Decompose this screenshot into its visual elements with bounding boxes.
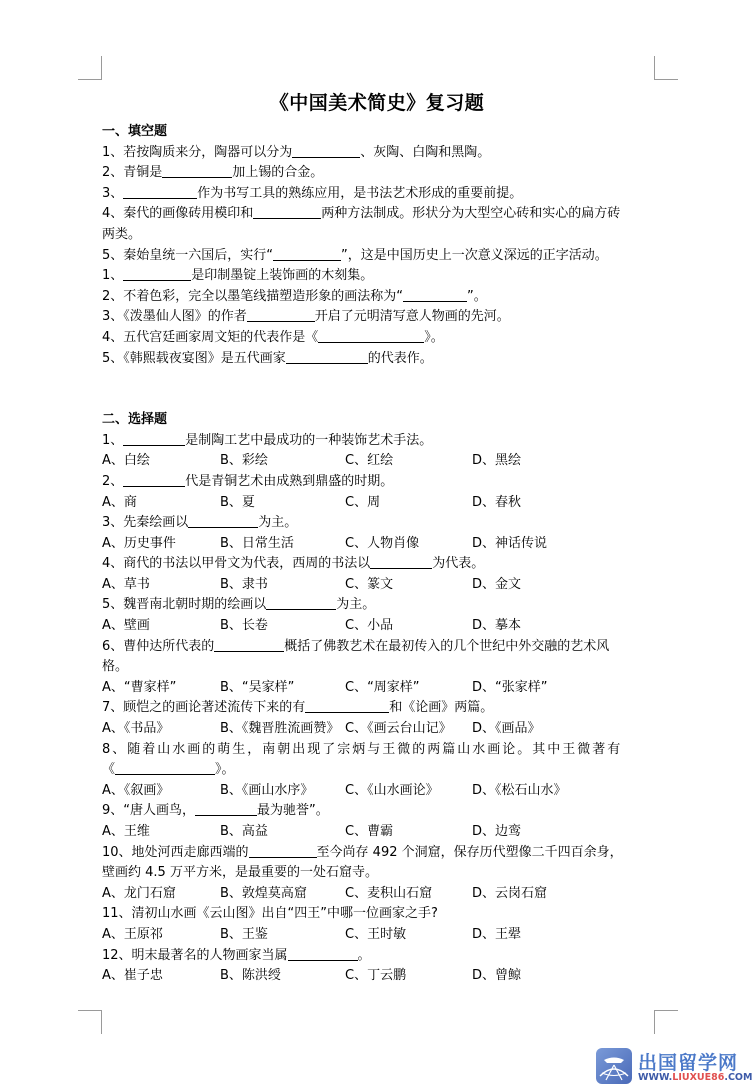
corner-mark-bl-v bbox=[101, 1010, 102, 1034]
option-a: A、《书品》 bbox=[102, 719, 169, 740]
choice-options-10: A、龙门石窟 B、敦煌莫高窟 C、麦积山石窟 D、云岗石窟 bbox=[102, 884, 658, 905]
answer-blank bbox=[253, 204, 321, 219]
choice-options-12: A、崔子忠 B、陈洪绶 C、丁云鹏 D、曾鲸 bbox=[102, 966, 658, 987]
option-b: B、《魏晋胜流画赞》 bbox=[220, 719, 339, 740]
fill-question-6: 1、是印制墨锭上装饰画的木刻集。 bbox=[102, 266, 658, 287]
option-b: B、王鉴 bbox=[220, 925, 268, 946]
option-d: D、曾鲸 bbox=[472, 966, 521, 987]
option-d: D、云岗石窟 bbox=[472, 884, 547, 905]
choice-question-11: 11、清初山水画《云山图》出自“四王”中哪一位画家之手? bbox=[102, 904, 658, 925]
option-b: B、日常生活 bbox=[220, 534, 294, 555]
option-d: D、“张家样” bbox=[472, 678, 547, 699]
choice-question-2: 2、代是青铜艺术由成熟到鼎盛的时期。 bbox=[102, 472, 658, 493]
option-d: D、边鸾 bbox=[472, 822, 521, 843]
option-c: C、《山水画论》 bbox=[345, 781, 439, 802]
option-b: B、高益 bbox=[220, 822, 268, 843]
watermark-name: 出国留学网 bbox=[638, 1048, 738, 1075]
option-a: A、王原祁 bbox=[102, 925, 163, 946]
option-a: A、王维 bbox=[102, 822, 150, 843]
answer-blank bbox=[249, 843, 317, 858]
corner-mark-tr-v bbox=[654, 56, 655, 80]
option-a: A、历史事件 bbox=[102, 534, 176, 555]
option-b: B、隶书 bbox=[220, 575, 268, 596]
answer-blank bbox=[188, 513, 258, 528]
document-body: 一、填空题 1、若按陶质来分，陶器可以分为、灰陶、白陶和黑陶。 2、青铜是加上锡… bbox=[102, 122, 658, 987]
option-a: A、龙门石窟 bbox=[102, 884, 176, 905]
choice-question-10: 10、地处河西走廊西端的至今尚存 492 个洞窟，保存历代塑像二千四百余身， bbox=[102, 843, 658, 864]
answer-blank bbox=[123, 431, 185, 446]
option-d: D、金文 bbox=[472, 575, 521, 596]
choice-question-12: 12、明末最著名的人物画家当属。 bbox=[102, 946, 658, 967]
option-d: D、《画品》 bbox=[472, 719, 541, 740]
watermark-logo: 出国留学网 WWW.LIUXUE86.COM bbox=[594, 1046, 754, 1088]
fill-question-9: 4、五代宫廷画家周文矩的代表作是《》。 bbox=[102, 328, 658, 349]
choice-options-2: A、商 B、夏 C、周 D、春秋 bbox=[102, 493, 658, 514]
option-a: A、《叙画》 bbox=[102, 781, 169, 802]
answer-blank bbox=[318, 328, 424, 343]
answer-blank bbox=[115, 760, 215, 775]
option-d: D、王翚 bbox=[472, 925, 521, 946]
choice-options-9: A、王维 B、高益 C、曹霸 D、边鸾 bbox=[102, 822, 658, 843]
option-c: C、丁云鹏 bbox=[345, 966, 406, 987]
option-b: B、敦煌莫高窟 bbox=[220, 884, 307, 905]
choice-question-9: 9、“唐人画鸟，最为驰誉”。 bbox=[102, 801, 658, 822]
option-b: B、长卷 bbox=[220, 616, 268, 637]
fill-question-7: 2、不着色彩，完全以墨笔线描塑造形象的画法称为“”。 bbox=[102, 287, 658, 308]
fill-question-10: 5、《韩熙载夜宴图》是五代画家的代表作。 bbox=[102, 349, 658, 370]
answer-blank bbox=[266, 595, 336, 610]
option-c: C、麦积山石窟 bbox=[345, 884, 432, 905]
answer-blank bbox=[195, 801, 257, 816]
option-d: D、神话传说 bbox=[472, 534, 547, 555]
option-a: A、崔子忠 bbox=[102, 966, 163, 987]
option-b: B、《画山水序》 bbox=[220, 781, 313, 802]
answer-blank bbox=[247, 307, 315, 322]
option-a: A、壁画 bbox=[102, 616, 150, 637]
corner-mark-br-v bbox=[654, 1010, 655, 1034]
choice-question-4: 4、商代的书法以甲骨文为代表，西周的书法以为代表。 bbox=[102, 554, 658, 575]
corner-mark-tl-v bbox=[101, 56, 102, 80]
fill-question-2: 2、青铜是加上锡的合金。 bbox=[102, 163, 658, 184]
option-c: C、“周家样” bbox=[345, 678, 420, 699]
option-c: C、红绘 bbox=[345, 451, 393, 472]
option-b: B、陈洪绶 bbox=[220, 966, 281, 987]
fill-question-1: 1、若按陶质来分，陶器可以分为、灰陶、白陶和黑陶。 bbox=[102, 143, 658, 164]
fill-question-4: 4、秦代的画像砖用模印和两种方法制成。形状分为大型空心砖和实心的扁方砖 bbox=[102, 204, 658, 225]
option-c: C、王时敏 bbox=[345, 925, 406, 946]
answer-blank bbox=[305, 698, 389, 713]
answer-blank bbox=[123, 266, 191, 281]
choice-question-3: 3、先秦绘画以为主。 bbox=[102, 513, 658, 534]
option-a: A、商 bbox=[102, 493, 137, 514]
choice-question-10-cont: 壁画约 4.5 万平方米，是最重要的一处石窟寺。 bbox=[102, 863, 658, 884]
fill-question-4-cont: 两类。 bbox=[102, 225, 658, 246]
option-d: D、摹本 bbox=[472, 616, 521, 637]
option-c: C、《画云台山记》 bbox=[345, 719, 452, 740]
fill-question-5: 5、秦始皇统一六国后，实行“”，这是中国历史上一次意义深远的正字活动。 bbox=[102, 246, 658, 267]
choice-options-1: A、白绘 B、彩绘 C、红绘 D、黑绘 bbox=[102, 451, 658, 472]
section-heading-fill: 一、填空题 bbox=[102, 122, 658, 143]
watermark-url: WWW.LIUXUE86.COM bbox=[638, 1072, 752, 1083]
answer-blank bbox=[403, 287, 467, 302]
option-b: B、彩绘 bbox=[220, 451, 268, 472]
choice-question-8-cont: 《》。 bbox=[102, 760, 658, 781]
choice-options-6: A、“曹家样” B、“吴家样” C、“周家样” D、“张家样” bbox=[102, 678, 658, 699]
choice-options-5: A、壁画 B、长卷 C、小品 D、摹本 bbox=[102, 616, 658, 637]
answer-blank bbox=[214, 637, 284, 652]
option-c: C、周 bbox=[345, 493, 380, 514]
document-title: 《中国美术简史》复习题 bbox=[0, 88, 754, 115]
choice-question-1: 1、是制陶工艺中最成功的一种装饰艺术手法。 bbox=[102, 431, 658, 452]
option-c: C、小品 bbox=[345, 616, 393, 637]
corner-mark-br-h bbox=[654, 1010, 678, 1011]
answer-blank bbox=[123, 184, 197, 199]
choice-options-7: A、《书品》 B、《魏晋胜流画赞》 C、《画云台山记》 D、《画品》 bbox=[102, 719, 658, 740]
option-c: C、篆文 bbox=[345, 575, 393, 596]
choice-options-11: A、王原祁 B、王鉴 C、王时敏 D、王翚 bbox=[102, 925, 658, 946]
option-c: C、曹霸 bbox=[345, 822, 393, 843]
answer-blank bbox=[273, 246, 341, 261]
option-a: A、草书 bbox=[102, 575, 150, 596]
option-d: D、春秋 bbox=[472, 493, 521, 514]
choice-question-8: 8、随着山水画的萌生，南朝出现了宗炳与王微的两篇山水画论。其中王微著有 bbox=[102, 740, 658, 761]
choice-question-7: 7、顾恺之的画论著述流传下来的有和《论画》两篇。 bbox=[102, 698, 658, 719]
choice-options-8: A、《叙画》 B、《画山水序》 C、《山水画论》 D、《松石山水》 bbox=[102, 781, 658, 802]
option-a: A、白绘 bbox=[102, 451, 150, 472]
option-b: B、夏 bbox=[220, 493, 255, 514]
answer-blank bbox=[123, 472, 185, 487]
answer-blank bbox=[162, 163, 232, 178]
option-b: B、“吴家样” bbox=[220, 678, 294, 699]
choice-options-4: A、草书 B、隶书 C、篆文 D、金文 bbox=[102, 575, 658, 596]
option-a: A、“曹家样” bbox=[102, 678, 176, 699]
choice-options-3: A、历史事件 B、日常生活 C、人物肖像 D、神话传说 bbox=[102, 534, 658, 555]
choice-question-6-cont: 格。 bbox=[102, 657, 658, 678]
option-d: D、黑绘 bbox=[472, 451, 521, 472]
answer-blank bbox=[288, 946, 358, 961]
fill-question-3: 3、作为书写工具的熟练应用，是书法艺术形成的重要前提。 bbox=[102, 184, 658, 205]
fill-question-8: 3、《泼墨仙人图》的作者开启了元明清写意人物画的先河。 bbox=[102, 307, 658, 328]
choice-question-5: 5、魏晋南北朝时期的绘画以为主。 bbox=[102, 595, 658, 616]
corner-mark-bl-h bbox=[78, 1010, 102, 1011]
section-heading-choice: 二、选择题 bbox=[102, 410, 658, 431]
answer-blank bbox=[286, 349, 368, 364]
corner-mark-tr-h bbox=[654, 79, 678, 80]
corner-mark-tl-h bbox=[78, 79, 102, 80]
section-gap bbox=[102, 369, 658, 410]
choice-question-6: 6、曹仲达所代表的概括了佛教艺术在最初传入的几个世纪中外交融的艺术风 bbox=[102, 637, 658, 658]
answer-blank bbox=[370, 554, 432, 569]
option-c: C、人物肖像 bbox=[345, 534, 419, 555]
option-d: D、《松石山水》 bbox=[472, 781, 567, 802]
globe-hat-icon bbox=[596, 1048, 632, 1084]
answer-blank bbox=[292, 143, 360, 158]
